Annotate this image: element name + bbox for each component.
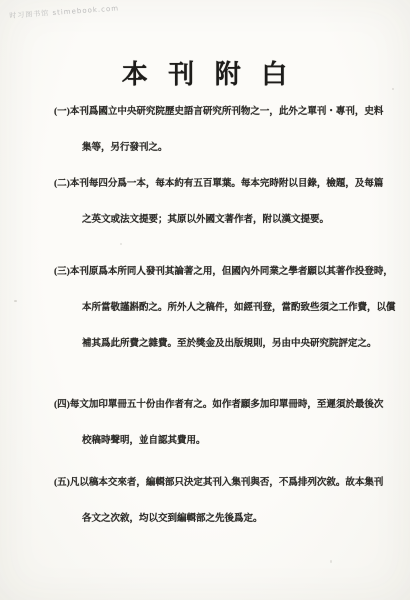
paragraph-line: 各文之次敘，均以交到編輯部之先後爲定。 bbox=[54, 501, 399, 537]
paragraph-line: 本所當敬謹斟酌之。所外人之稿件，如經刊登，當酌致些須之工作費，以償 bbox=[54, 290, 399, 326]
paragraph-line: 集等，另行發刊之。 bbox=[54, 130, 399, 166]
paragraph-line: (一)本刊爲國立中央研究院歷史語言研究所刊物之一，此外之單刊・專刊，史料 bbox=[54, 94, 399, 130]
paragraph-line: (五)凡以稿本交來者，編輯部只決定其刊入集刊與否，不爲排列次敘。故本集刊 bbox=[54, 465, 399, 501]
library-watermark: 时习图书馆 stimebook.com bbox=[9, 3, 119, 21]
notice-paragraph-1: (一)本刊爲國立中央研究院歷史語言研究所刊物之一，此外之單刊・專刊，史料 集等，… bbox=[54, 94, 399, 166]
notice-paragraph-5: (五)凡以稿本交來者，編輯部只決定其刊入集刊與否，不爲排列次敘。故本集刊 各文之… bbox=[54, 465, 399, 537]
page-title: 本 刊 附 白 bbox=[0, 54, 410, 91]
paragraph-line: (二)本刊每四分爲一本，每本約有五百單葉。每本完時附以目錄，檢題，及每篇 bbox=[54, 166, 399, 202]
paragraph-line: (四)每文加印單冊五十份由作者有之。如作者願多加印單冊時，至遲須於最後次 bbox=[54, 387, 399, 423]
paragraph-line: (三)本刊原爲本所同人發刊其論著之用，但國內外同業之學者願以其著作投登時， bbox=[54, 254, 399, 290]
scanned-document-page: 时习图书馆 stimebook.com 本 刊 附 白 (一)本刊爲國立中央研究… bbox=[0, 0, 410, 600]
paragraph-line: 之英文或法文提要；其原以外國文著作者，附以漢文提要。 bbox=[54, 202, 399, 238]
scan-speck bbox=[120, 243, 122, 245]
notice-paragraph-3: (三)本刊原爲本所同人發刊其論著之用，但國內外同業之學者願以其著作投登時， 本所… bbox=[54, 254, 399, 362]
notice-body: (一)本刊爲國立中央研究院歷史語言研究所刊物之一，此外之單刊・專刊，史料 集等，… bbox=[54, 94, 399, 537]
scan-speck bbox=[14, 300, 17, 302]
scan-speck bbox=[330, 560, 332, 563]
paragraph-line: 校稿時聲明，並自認其費用。 bbox=[54, 423, 399, 459]
paragraph-line: 補其爲此所費之雜費。至於獎金及出版規則，另由中央研究院評定之。 bbox=[54, 326, 399, 362]
notice-paragraph-4: (四)每文加印單冊五十份由作者有之。如作者願多加印單冊時，至遲須於最後次 校稿時… bbox=[54, 387, 399, 459]
notice-paragraph-2: (二)本刊每四分爲一本，每本約有五百單葉。每本完時附以目錄，檢題，及每篇 之英文… bbox=[54, 166, 399, 238]
scan-speck bbox=[392, 88, 394, 90]
